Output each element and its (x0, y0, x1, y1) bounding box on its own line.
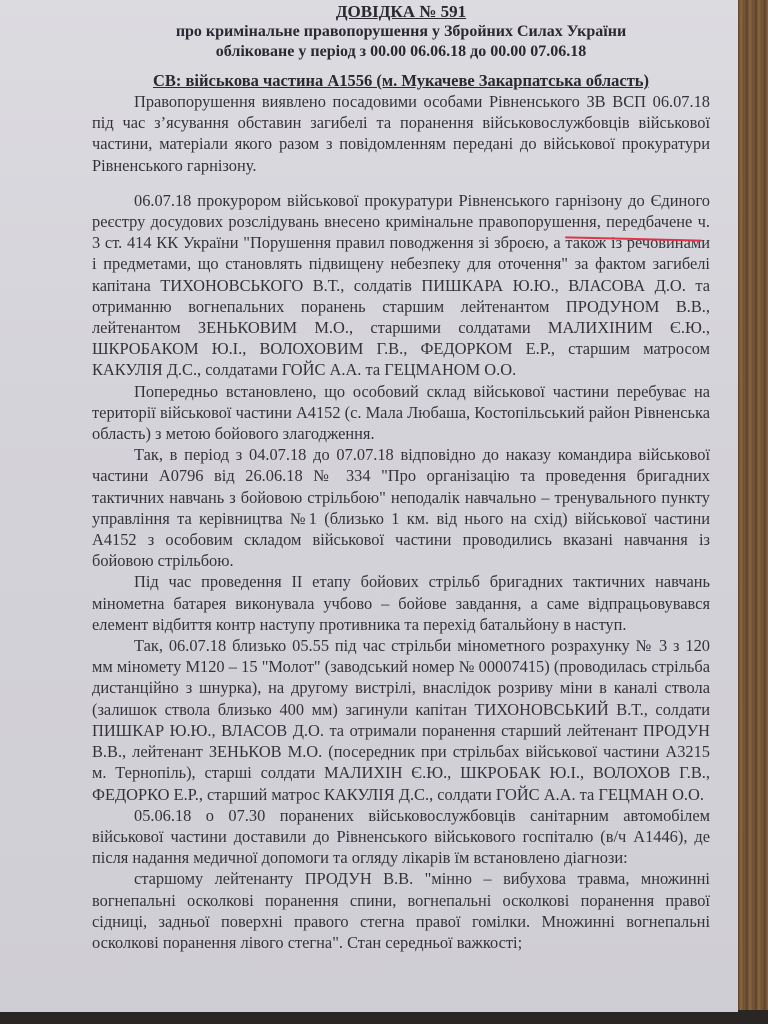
paragraph-hospital: 05.06.18 о 07.30 поранених військовослуж… (92, 805, 710, 869)
document-subtitle-line1: про кримінальне правопорушення у Збройни… (92, 22, 710, 42)
document-subtitle-line2: обліковане у період з 00.00 06.06.18 до … (92, 42, 710, 62)
paragraph-training-period: Так, в період з 04.07.18 до 07.07.18 від… (92, 444, 710, 571)
paragraph-criminal-case: 06.07.18 прокурором військової прокурату… (92, 190, 710, 381)
document-content: ДОВІДКА № 591 про кримінальне правопоруш… (92, 2, 710, 953)
document-page: ДОВІДКА № 591 про кримінальне правопоруш… (0, 0, 738, 1012)
bottom-shadow (0, 1010, 768, 1024)
paragraph-preliminary: Попередньо встановлено, що особовий скла… (92, 381, 710, 445)
paragraph-stage-two: Під час проведення ІІ етапу бойових стрі… (92, 571, 710, 635)
paragraph-detection: Правопорушення виявлено посадовими особа… (92, 91, 710, 176)
document-header: ДОВІДКА № 591 про кримінальне правопоруш… (92, 2, 710, 62)
document-title: ДОВІДКА № 591 (92, 2, 710, 22)
paragraph-incident: Так, 06.07.18 близько 05.55 під час стрі… (92, 635, 710, 805)
unit-heading: СВ: військова частина А1556 (м. Мукачеве… (92, 70, 710, 91)
paragraph-diagnosis: старшому лейтенанту ПРОДУН В.В. "мінно –… (92, 868, 710, 953)
